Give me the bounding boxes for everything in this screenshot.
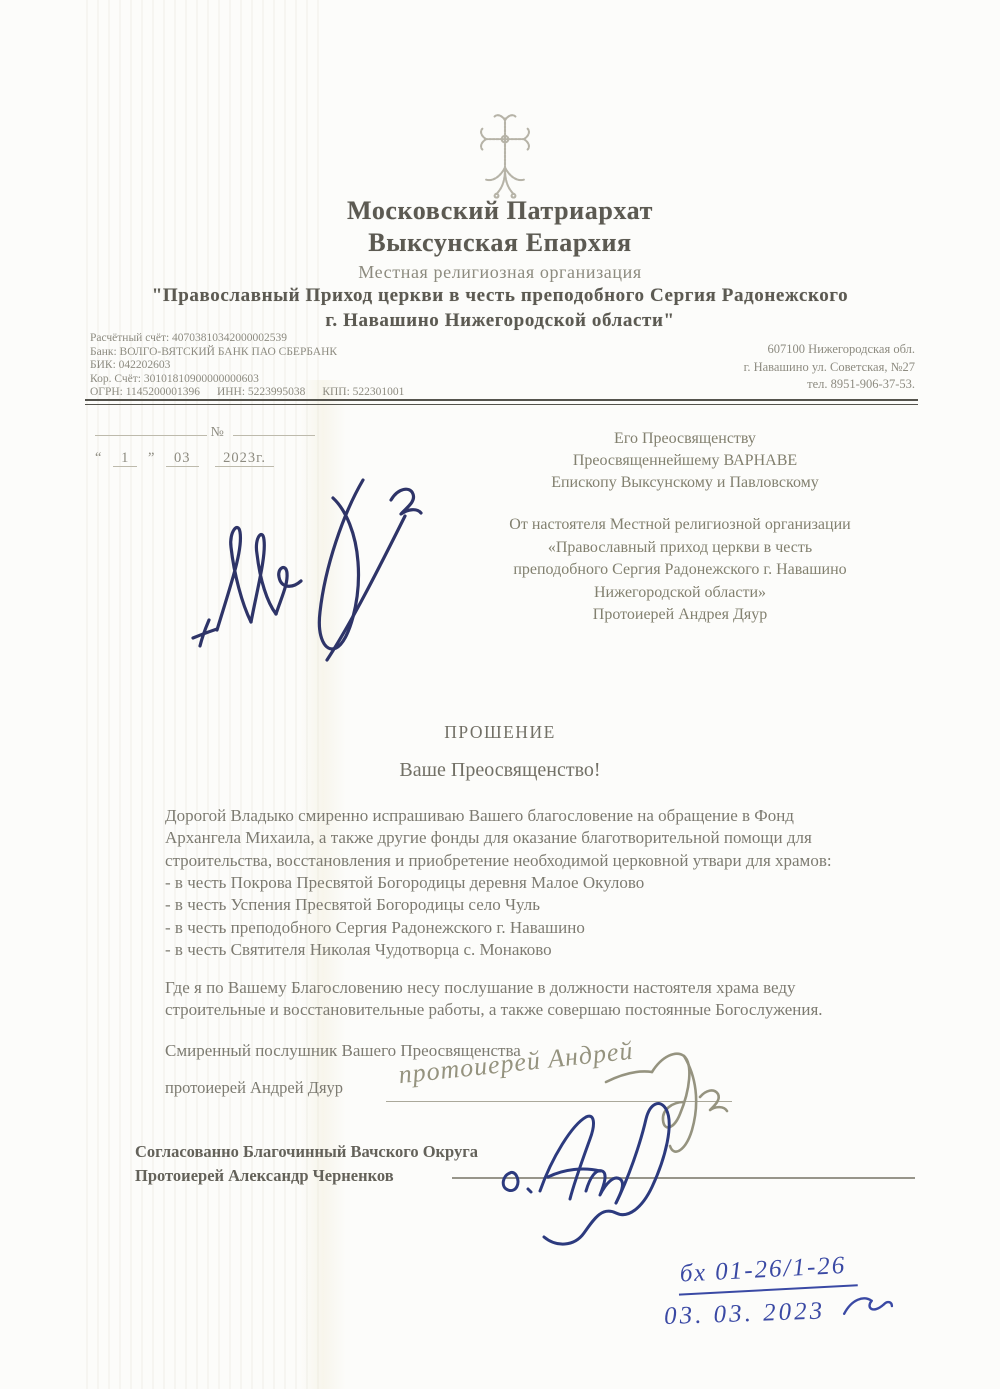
document-title: ПРОШЕНИЕ [0, 722, 1000, 743]
requisite-kpp: КПП: 522301001 [322, 386, 404, 398]
registrar-initials-flourish [840, 1290, 897, 1322]
org-name-line1: "Православный Приход церкви в честь преп… [0, 285, 1000, 307]
number-sign: № [211, 425, 224, 440]
list-item: - в честь преподобного Сергия Радонежско… [165, 917, 915, 939]
sender-line1: От настоятеля Местной религиозной органи… [440, 514, 920, 537]
date-day: 1 [113, 450, 137, 467]
requisite-reg-codes: ОГРН: 1145200001396 ИНН: 5223995038 КПП:… [90, 386, 418, 400]
registration-date-line: 03. 03. 2023 [663, 1290, 896, 1331]
addressee-line3: Епископу Выксунскому и Павловскому [450, 472, 920, 494]
address-street: г. Навашино ул. Советская, №27 [640, 359, 915, 377]
agreement-line1: Согласованно Благочинный Вачского Округа [135, 1142, 478, 1162]
address-region: 607100 Нижегородская обл. [640, 341, 915, 359]
sender-line4: Нижегородской области» [440, 582, 920, 605]
addressee-line2: Преосвященнейшему ВАРНАВЕ [450, 450, 920, 472]
list-item: - в честь Святителя Николая Чудотворца с… [165, 939, 915, 961]
addressee-line1: Его Преосвященству [450, 428, 920, 450]
outgoing-number-line: № [95, 423, 315, 441]
list-item: - в честь Покрова Пресвятой Богородицы д… [165, 872, 915, 894]
org-type-line: Местная религиозная организация [0, 262, 1000, 283]
priest-signature-label: протоиерей Андрей Дяур [165, 1078, 343, 1098]
requisite-bank: Банк: ВОЛГО-ВЯТСКИЙ БАНК ПАО СБЕРБАНК [90, 346, 418, 360]
address-phone: тел. 8951-906-37-53. [640, 376, 915, 394]
paragraph-2-line1: Где я по Вашему Благословению несу послу… [165, 977, 915, 999]
paragraph-2-line2: строительные и восстановительные работы,… [165, 999, 915, 1021]
quote-open: “ [95, 450, 102, 466]
sender-block: От настоятеля Местной религиозной органи… [440, 514, 920, 627]
registration-date: 03. 03. 2023 [664, 1297, 826, 1330]
requisite-ogrn: ОГРН: 1145200001396 [90, 386, 200, 398]
paragraph-1-line3: строительства, восстановления и приобрет… [165, 850, 915, 872]
paragraph-2: Где я по Вашему Благословению несу послу… [165, 977, 915, 1022]
paragraph-1-line2: Архангела Михаила, а также другие фонды … [165, 827, 915, 849]
org-address: 607100 Нижегородская обл. г. Навашино ул… [640, 341, 915, 394]
diocese-title: Выксунская Епархия [0, 228, 1000, 258]
requisite-inn: ИНН: 5223995038 [217, 386, 306, 398]
church-list: - в честь Покрова Пресвятой Богородицы д… [165, 872, 915, 962]
scanned-letter-page: Московский Патриархат Выксунская Епархия… [0, 0, 1000, 1389]
bank-requisites: Расчётный счёт: 40703810342000002539 Бан… [90, 332, 418, 400]
ornate-cross-icon [472, 110, 538, 206]
quote-close: ” [148, 450, 155, 466]
requisite-bik: БИК: 042202603 [90, 359, 418, 373]
requisite-account: Расчётный счёт: 40703810342000002539 [90, 332, 418, 346]
paragraph-1: Дорогой Владыко смиренно испрашиваю Ваше… [165, 805, 915, 872]
patriarchate-title: Московский Патриархат [0, 196, 1000, 226]
addressee-block: Его Преосвященству Преосвященнейшему ВАР… [450, 428, 920, 494]
number-blank [95, 423, 207, 436]
paragraph-1-line1: Дорогой Владыко смиренно испрашиваю Ваше… [165, 805, 915, 827]
sender-line2: «Православный приход церкви в честь [440, 537, 920, 560]
list-item: - в честь Успения Пресвятой Богородицы с… [165, 894, 915, 916]
header-divider [85, 399, 918, 405]
number-blank2 [233, 423, 315, 436]
sender-line3: преподобного Сергия Радонежского г. Нава… [440, 559, 920, 582]
bishop-signature [165, 448, 435, 668]
requisite-corr: Кор. Счёт: 30101810900000000603 [90, 373, 418, 387]
salutation: Ваше Преосвященство! [0, 759, 1000, 782]
agreement-line2: Протоиерей Александр Черненков [135, 1166, 394, 1186]
sender-line5: Протоиерей Андрея Дяур [440, 604, 920, 627]
registration-number: бх 01-26/1-26 [677, 1251, 857, 1295]
org-name-line2: г. Навашино Нижегородской области" [0, 310, 1000, 332]
dean-signature [488, 1095, 718, 1250]
